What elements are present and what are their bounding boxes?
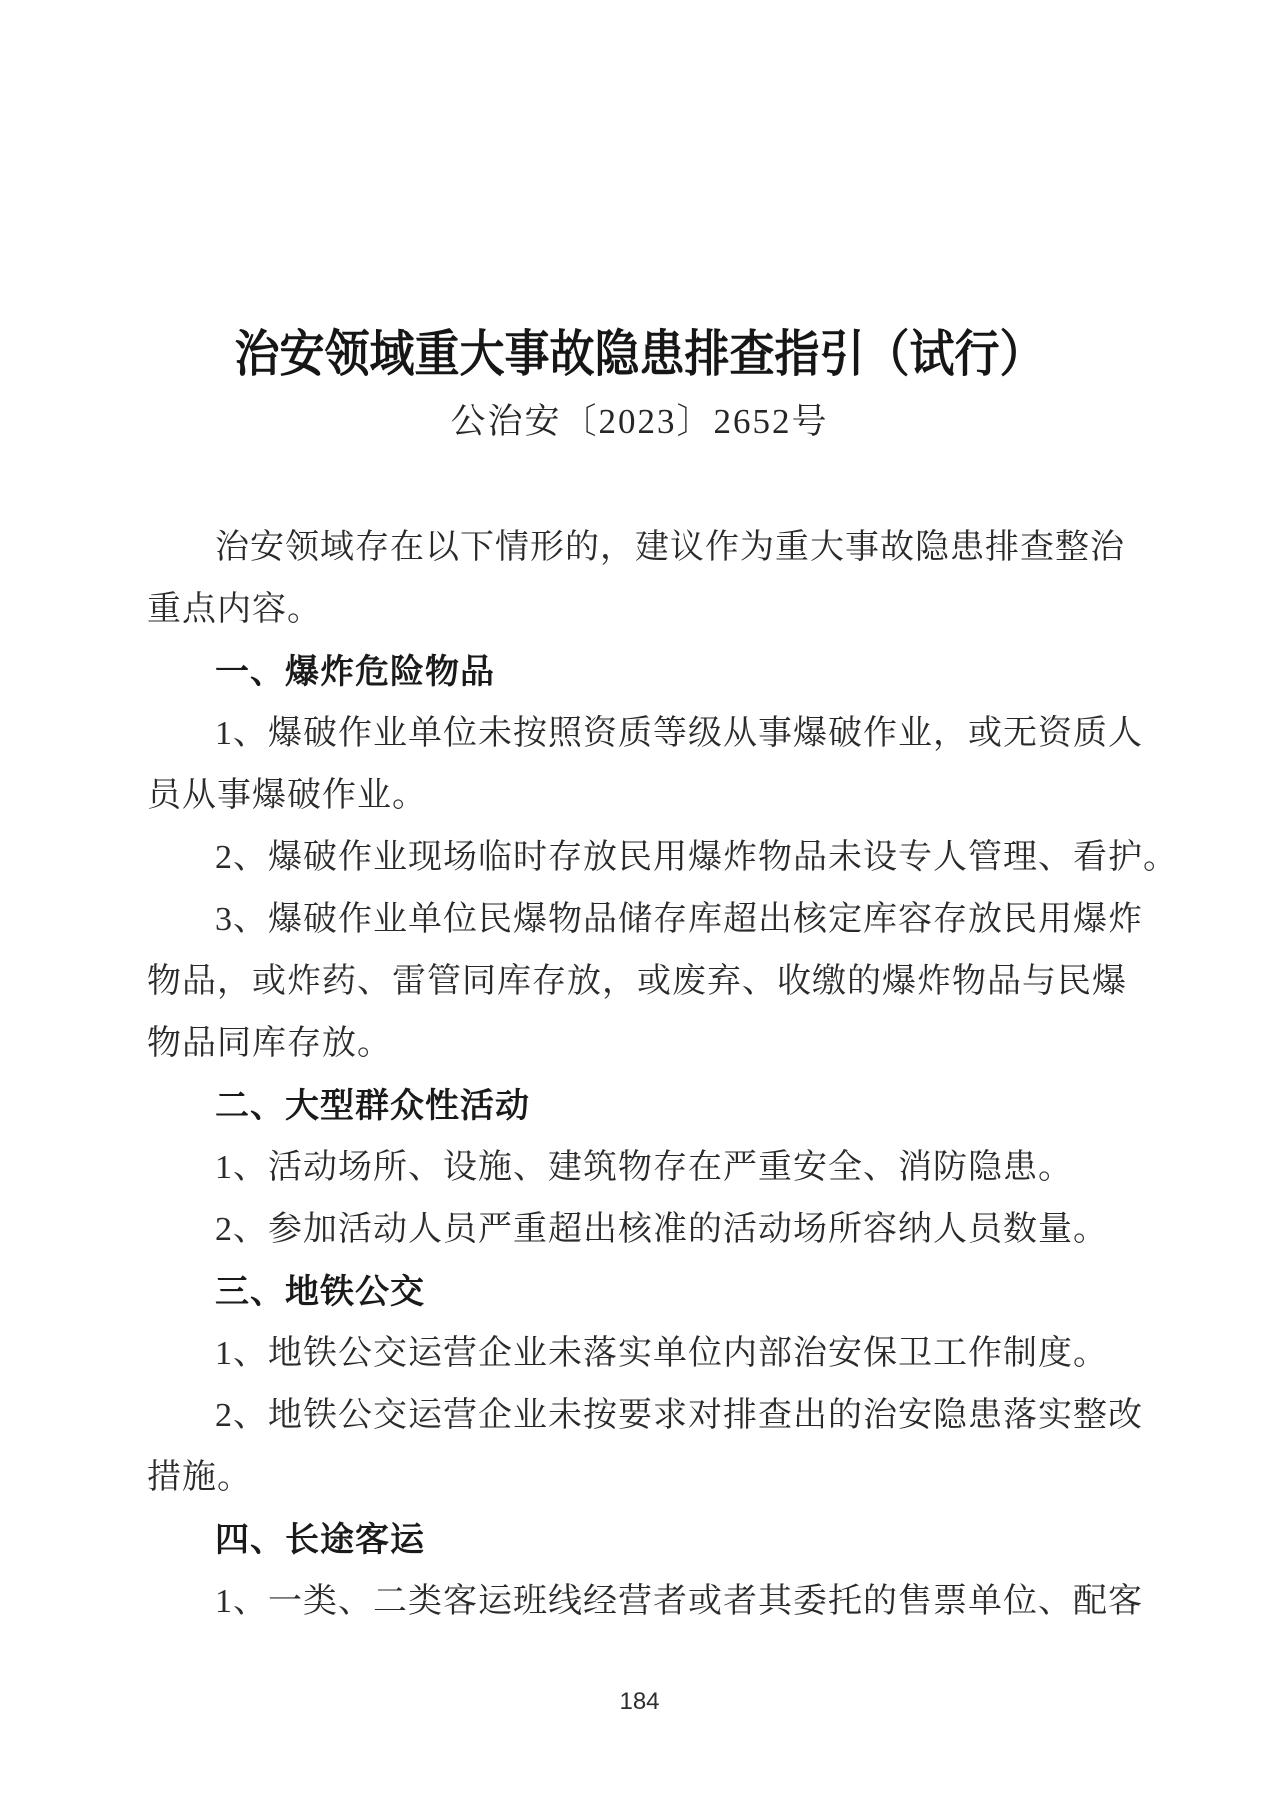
section-heading: 三、地铁公交 xyxy=(147,1261,1133,1323)
body-line: 物品同库存放。 xyxy=(147,1013,1133,1075)
body-line: 2、地铁公交运营企业未按要求对排查出的治安隐患落实整改 xyxy=(147,1385,1133,1447)
body-line: 员从事爆破作业。 xyxy=(147,765,1133,827)
body-line: 措施。 xyxy=(147,1447,1133,1509)
document-page: 治安领域重大事故隐患排查指引（试行） 公治安〔2023〕2652号 治安领域存在… xyxy=(0,0,1279,1810)
doc-title: 治安领域重大事故隐患排查指引（试行） xyxy=(64,326,1215,382)
section-heading: 一、爆炸危险物品 xyxy=(147,641,1133,703)
document-body: 治安领域存在以下情形的，建议作为重大事故隐患排查整治 重点内容。 一、爆炸危险物… xyxy=(147,517,1133,1633)
page-number: 184 xyxy=(0,1687,1279,1717)
body-line: 3、爆破作业单位民爆物品储存库超出核定库容存放民用爆炸 xyxy=(147,889,1133,951)
body-line: 重点内容。 xyxy=(147,579,1133,641)
body-line: 治安领域存在以下情形的，建议作为重大事故隐患排查整治 xyxy=(147,517,1133,579)
body-line: 1、地铁公交运营企业未落实单位内部治安保卫工作制度。 xyxy=(147,1323,1133,1385)
body-line: 2、参加活动人员严重超出核准的活动场所容纳人员数量。 xyxy=(147,1199,1133,1261)
section-heading: 二、大型群众性活动 xyxy=(147,1075,1133,1137)
body-line: 2、爆破作业现场临时存放民用爆炸物品未设专人管理、看护。 xyxy=(147,827,1133,889)
body-line: 1、爆破作业单位未按照资质等级从事爆破作业，或无资质人 xyxy=(147,703,1133,765)
doc-number: 公治安〔2023〕2652号 xyxy=(0,400,1279,444)
body-line: 1、活动场所、设施、建筑物存在严重安全、消防隐患。 xyxy=(147,1137,1133,1199)
body-line: 1、一类、二类客运班线经营者或者其委托的售票单位、配客 xyxy=(147,1571,1133,1633)
body-line: 物品，或炸药、雷管同库存放，或废弃、收缴的爆炸物品与民爆 xyxy=(147,951,1133,1013)
section-heading: 四、长途客运 xyxy=(147,1509,1133,1571)
